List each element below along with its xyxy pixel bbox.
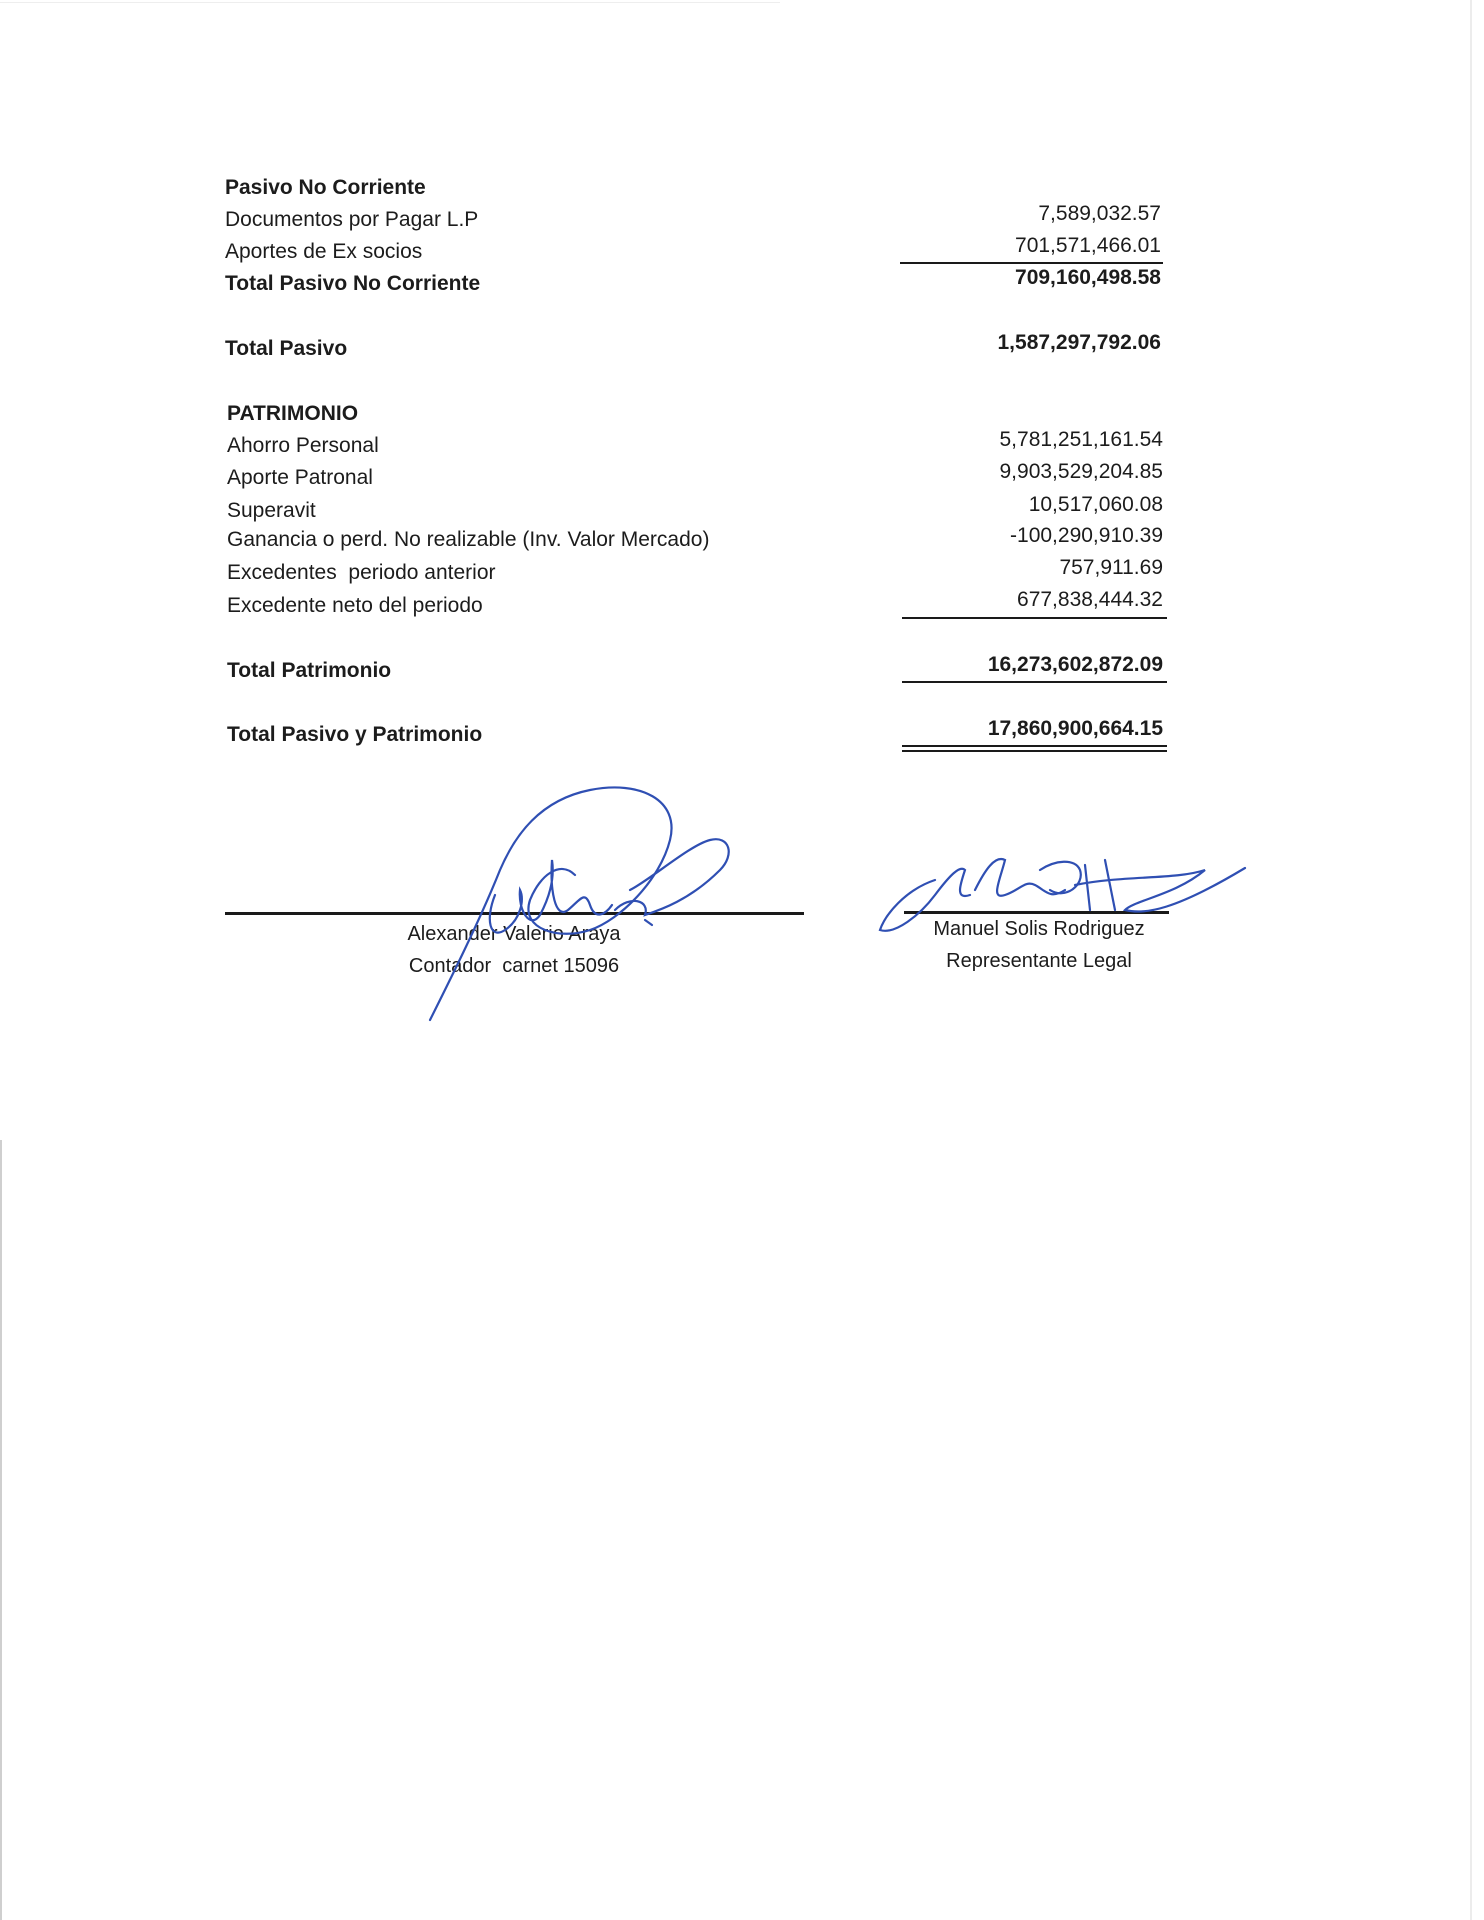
total-pasivo-no-corriente-label: Total Pasivo No Corriente [225, 271, 480, 297]
total-patrimonio-amount: 16,273,602,872.09 [988, 652, 1163, 678]
page-edge-left [0, 1140, 2, 1920]
grand-total-double-rule-top [902, 745, 1167, 747]
line-item-label: Aportes de Ex socios [225, 239, 422, 265]
total-pasivo-label: Total Pasivo [225, 336, 347, 362]
page-edge-right [1470, 0, 1472, 1920]
handwritten-signature-representante [875, 840, 1255, 940]
line-item-amount: 701,571,466.01 [1015, 233, 1161, 259]
line-item-amount: 757,911.69 [1059, 555, 1163, 581]
section-heading-patrimonio: PATRIMONIO [227, 401, 358, 427]
line-item-label: Documentos por Pagar L.P [225, 207, 478, 233]
line-item-label: Superavit [227, 498, 316, 524]
line-item-amount: -100,290,910.39 [1010, 523, 1163, 549]
signatory-role-representante: Representante Legal [904, 948, 1174, 974]
line-item-amount: 5,781,251,161.54 [1000, 427, 1164, 453]
subtotal-rule [900, 262, 1163, 264]
line-item-amount: 10,517,060.08 [1029, 492, 1163, 518]
scan-artifact-top [0, 2, 780, 3]
total-pasivo-amount: 1,587,297,792.06 [998, 330, 1162, 356]
total-patrimonio-label: Total Patrimonio [227, 658, 391, 684]
subtotal-rule [902, 617, 1167, 619]
line-item-label: Excedentes periodo anterior [227, 560, 496, 586]
total-pasivo-patrimonio-label: Total Pasivo y Patrimonio [227, 722, 482, 748]
line-item-amount: 9,903,529,204.85 [1000, 459, 1164, 485]
line-item-amount: 677,838,444.32 [1017, 587, 1163, 613]
grand-total-double-rule-bottom [902, 750, 1167, 752]
total-pasivo-no-corriente-amount: 709,160,498.58 [1015, 265, 1161, 291]
line-item-label: Excedente neto del periodo [227, 593, 483, 619]
line-item-label: Aporte Patronal [227, 465, 373, 491]
line-item-amount: 7,589,032.57 [1038, 201, 1161, 227]
total-rule [902, 681, 1167, 683]
line-item-label: Ganancia o perd. No realizable (Inv. Val… [227, 527, 709, 553]
total-pasivo-patrimonio-amount: 17,860,900,664.15 [988, 716, 1163, 742]
section-heading-pasivo-no-corriente: Pasivo No Corriente [225, 175, 426, 201]
line-item-label: Ahorro Personal [227, 433, 379, 459]
handwritten-signature-contador [390, 780, 750, 1030]
